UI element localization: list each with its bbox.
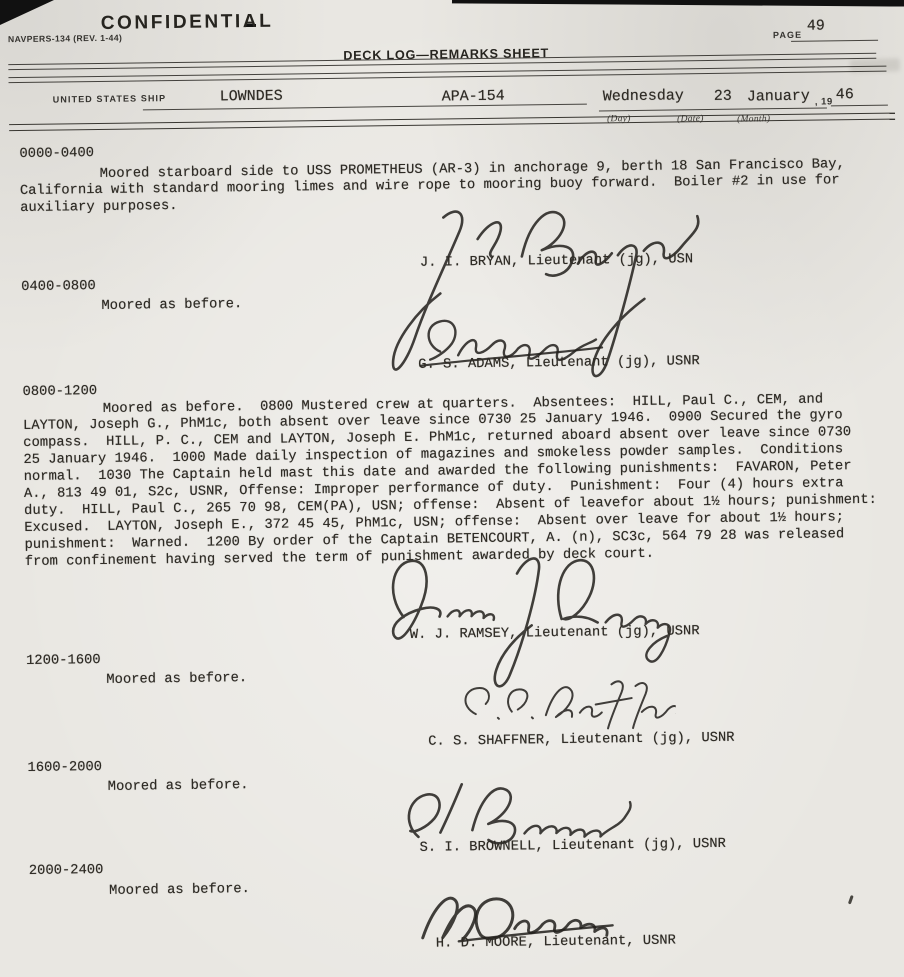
log-line: Moored as before. xyxy=(108,777,249,796)
signed-by: G. S. ADAMS, Lieutenant (jg), USNR xyxy=(418,353,700,374)
hull-number: APA-154 xyxy=(442,88,505,106)
date-month: January xyxy=(747,88,810,106)
signed-by: S. I. BROWNELL, Lieutenant (jg), USNR xyxy=(419,836,726,857)
classification-stamp: CONFIDENTIAL xyxy=(101,11,274,35)
entry-time-range: 2000-2400 xyxy=(29,862,104,880)
ship-name: LOWNDES xyxy=(220,88,283,106)
document-scan: CONFIDENTIAL PAGE 49 NAVPERS-134 (REV. 1… xyxy=(0,0,904,977)
entry-time-range: 0400-0800 xyxy=(21,278,96,296)
log-line: auxiliary purposes. xyxy=(20,198,178,217)
date-underline xyxy=(599,107,827,111)
signed-by: J. I. BRYAN, Lieutenant (jg), USN xyxy=(420,251,693,272)
page-label: PAGE xyxy=(773,30,802,40)
entry-time-range: 0000-0400 xyxy=(19,145,94,163)
page-number: 49 xyxy=(807,17,825,34)
form-number: NAVPERS-134 (REV. 1-44) xyxy=(8,33,122,44)
deck-log-sheet: CONFIDENTIAL PAGE 49 NAVPERS-134 (REV. 1… xyxy=(0,0,904,977)
log-line: Moored as before. xyxy=(106,670,247,689)
date-day: 23 xyxy=(714,88,732,105)
log-line: Moored as before. xyxy=(101,296,242,315)
log-line: Moored as before. xyxy=(109,881,250,900)
date-weekday: Wednesday xyxy=(603,87,684,105)
signature-w-j-ramsey xyxy=(319,551,681,691)
ship-name-underline xyxy=(143,104,587,111)
year-underline xyxy=(831,105,888,107)
signed-by: C. S. SHAFFNER, Lieutenant (jg), USNR xyxy=(428,730,735,751)
signature-c-s-shaffner xyxy=(445,677,676,735)
signed-by: H. D. MOORE, Lieutenant, USNR xyxy=(436,933,676,953)
entry-time-range: 1200-1600 xyxy=(26,652,101,670)
date-year: 46 xyxy=(836,86,854,103)
stray-pen-mark xyxy=(848,895,854,904)
signed-by: W. J. RAMSEY, Lieutenant (jg), USNR xyxy=(410,623,700,644)
ship-label: UNITED STATES SHIP xyxy=(53,93,167,104)
entry-time-range: 0800-1200 xyxy=(22,383,97,401)
entry-time-range: 1600-2000 xyxy=(27,759,102,777)
